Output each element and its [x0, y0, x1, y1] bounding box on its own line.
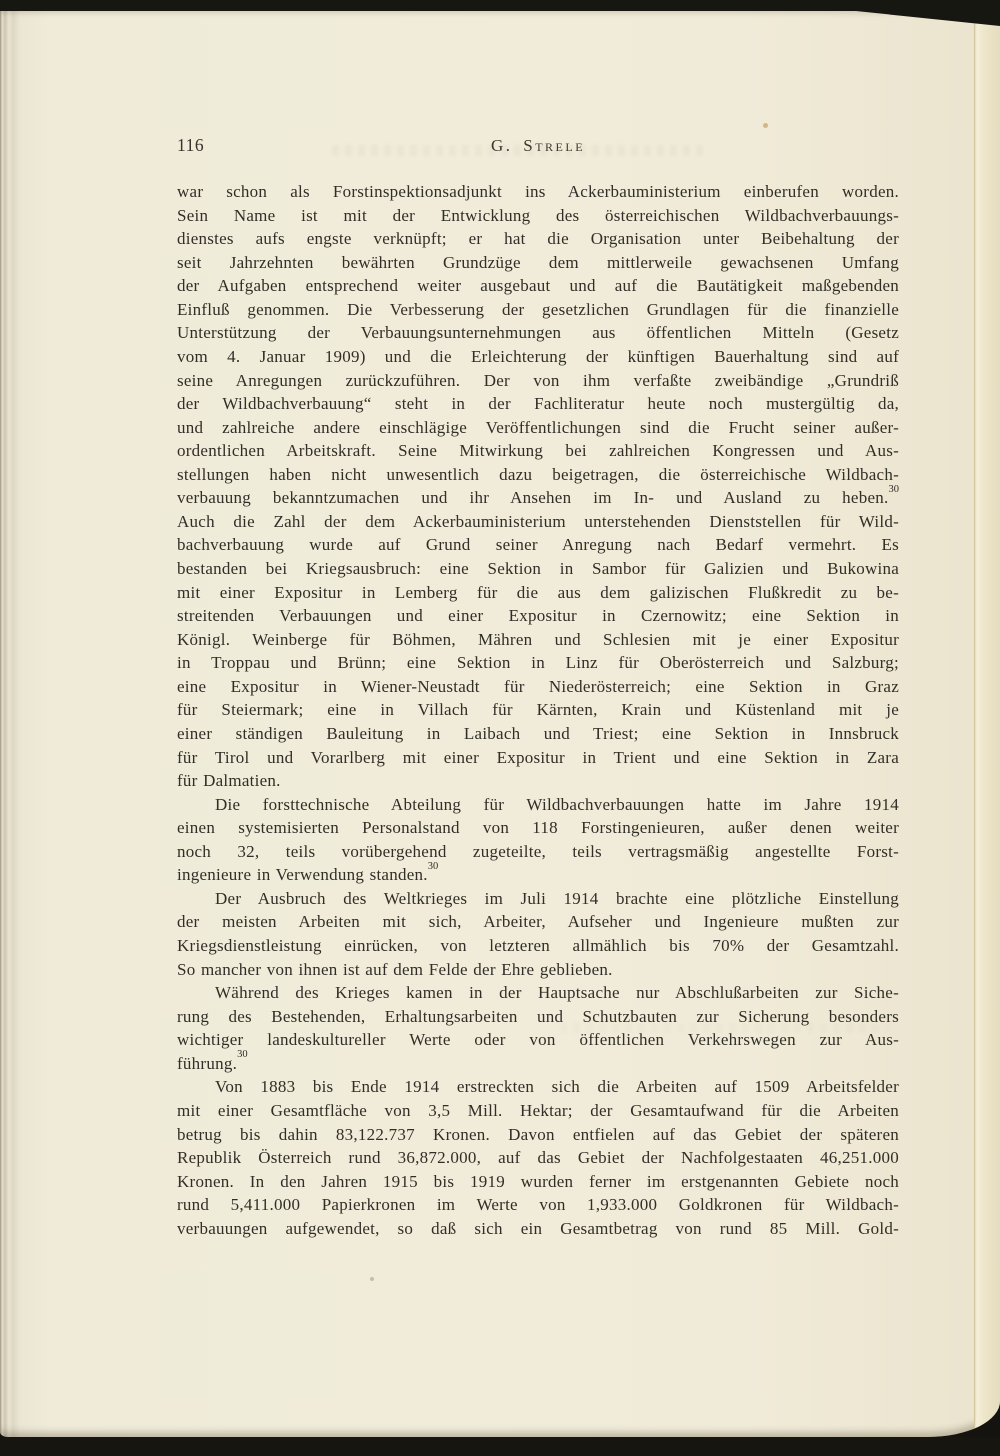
- footnote-marker: 30: [237, 1049, 248, 1060]
- text-line: einer ständigen Bauleitung in Laibach un…: [177, 722, 899, 746]
- text-line: vom 4. Januar 1909) und die Erleichterun…: [177, 345, 899, 369]
- text-line: Der Ausbruch des Weltkrieges im Juli 191…: [177, 887, 899, 911]
- text-line: Königl. Weinberge für Böhmen, Mähren und…: [177, 628, 899, 652]
- text-line: Kriegsdienstleistung einrücken, von letz…: [177, 934, 899, 958]
- scan-background-top: [0, 0, 1000, 11]
- text-line: Kronen. In den Jahren 1915 bis 1919 wurd…: [177, 1170, 899, 1194]
- text-line: Republik Österreich rund 36,872.000, auf…: [177, 1146, 899, 1170]
- text-line: verbauungen aufgewendet, so daß sich ein…: [177, 1217, 899, 1241]
- text-line: für Steiermark; eine in Villach für Kärn…: [177, 698, 899, 722]
- text-line: Auch die Zahl der dem Ackerbauministeriu…: [177, 510, 899, 534]
- text-line: stellungen haben nicht unwesentlich dazu…: [177, 463, 899, 487]
- text-line: für Dalmatien.: [177, 769, 899, 793]
- text-line: seit Jahrzehnten bewährten Grundzüge dem…: [177, 251, 899, 275]
- running-header: G. Strele: [177, 136, 899, 156]
- footnote-marker: 30: [428, 861, 439, 872]
- text-line: war schon als Forstinspektionsadjunkt in…: [177, 180, 899, 204]
- book-scan: 116 G. Strele war schon als Forstinspekt…: [0, 0, 1000, 1456]
- foxing-speck: [370, 1277, 374, 1281]
- text-line: rung des Bestehenden, Erhaltungsarbeiten…: [177, 1005, 899, 1029]
- text-line: mit einer Gesamtfläche von 3,5 Mill. Hek…: [177, 1099, 899, 1123]
- text-line: eine Expositur in Wiener-Neustadt für Ni…: [177, 675, 899, 699]
- text-line: rund 5,411.000 Papierkronen im Werte von…: [177, 1193, 899, 1217]
- text-line: führung.30: [177, 1052, 899, 1076]
- text-line: noch 32, teils vorübergehend zugeteilte,…: [177, 840, 899, 864]
- text-line: in Troppau und Brünn; eine Sektion in Li…: [177, 651, 899, 675]
- text-line: der Wildbachverbauung“ steht in der Fach…: [177, 392, 899, 416]
- text-line: mit einer Expositur in Lemberg für die a…: [177, 581, 899, 605]
- text-line: ingenieure in Verwendung standen.30: [177, 863, 899, 887]
- text-line: streitenden Verbauungen und einer Exposi…: [177, 604, 899, 628]
- book-page: 116 G. Strele war schon als Forstinspekt…: [0, 11, 1000, 1437]
- text-line: Die forsttechnische Abteilung für Wildba…: [177, 793, 899, 817]
- text-line: Unterstützung der Verbauungsunternehmung…: [177, 321, 899, 345]
- body-text: war schon als Forstinspektionsadjunkt in…: [177, 180, 899, 1240]
- text-line: seine Anregungen zurückzuführen. Der von…: [177, 369, 899, 393]
- next-page-edge: [974, 11, 1000, 1437]
- text-line: einen systemisierten Personalstand von 1…: [177, 816, 899, 840]
- text-line: Einfluß genommen. Die Verbesserung der g…: [177, 298, 899, 322]
- text-line: bestanden bei Kriegsausbruch: eine Sekti…: [177, 557, 899, 581]
- text-line: der Aufgaben entsprechend weiter ausgeba…: [177, 274, 899, 298]
- text-line: dienstes aufs engste verknüpft; er hat d…: [177, 227, 899, 251]
- scan-background-bottom: [0, 1437, 1000, 1456]
- text-line: Sein Name ist mit der Entwicklung des ös…: [177, 204, 899, 228]
- footnote-marker: 30: [889, 484, 900, 495]
- text-line: wichtiger landeskultureller Werte oder v…: [177, 1028, 899, 1052]
- text-line: der meisten Arbeiten mit sich, Arbeiter,…: [177, 910, 899, 934]
- text-line: So mancher von ihnen ist auf dem Felde d…: [177, 958, 899, 982]
- text-line: und zahlreiche andere einschlägige Veröf…: [177, 416, 899, 440]
- text-line: Während des Krieges kamen in der Hauptsa…: [177, 981, 899, 1005]
- text-line: betrug bis dahin 83,122.737 Kronen. Davo…: [177, 1123, 899, 1147]
- text-line: Von 1883 bis Ende 1914 erstreckten sich …: [177, 1075, 899, 1099]
- foxing-speck: [763, 123, 768, 128]
- text-line: bachverbauung wurde auf Grund seiner Anr…: [177, 533, 899, 557]
- text-line: für Tirol und Vorarlberg mit einer Expos…: [177, 746, 899, 770]
- text-line: verbauung bekanntzumachen und ihr Ansehe…: [177, 486, 899, 510]
- text-line: ordentlichen Arbeitskraft. Seine Mitwirk…: [177, 439, 899, 463]
